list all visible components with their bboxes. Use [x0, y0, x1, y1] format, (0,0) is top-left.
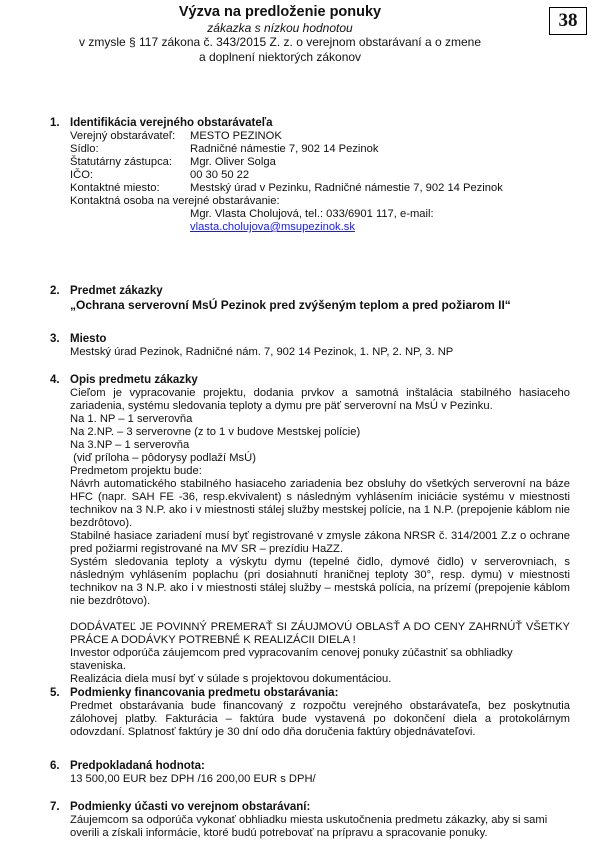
field-label: Kontaktné miesto:	[70, 182, 190, 195]
project-label: Predmetom projektu bude:	[70, 465, 570, 478]
section-title: Identifikácia verejného obstarávateľa	[70, 117, 273, 130]
floor-item: Na 2.NP. – 3 serverovne (z to 1 v budove…	[70, 426, 570, 439]
project-paragraph: Systém sledovania teploty a výskytu dymu…	[70, 556, 570, 608]
section-number: 3.	[50, 333, 70, 346]
contact-person-label: Kontaktná osoba na verejné obstarávanie:	[70, 195, 570, 208]
field-label: Štatutárny zástupca:	[70, 156, 190, 169]
floor-plan-note: (viď príloha – pôdorysy podlaží MsÚ)	[70, 452, 570, 465]
section-identification: 1. Identifikácia verejného obstarávateľa…	[50, 117, 570, 234]
section-title: Podmienky financovania predmetu obstaráv…	[70, 687, 338, 700]
section-financing: 5. Podmienky financovania predmetu obsta…	[50, 687, 570, 739]
document-header: Výzva na predloženie ponuky zákazka s ní…	[0, 4, 600, 65]
contract-subject-title: „Ochrana serverovní MsÚ Pezinok pred zvý…	[70, 298, 570, 313]
section-place: 3. Miesto Mestský úrad Pezinok, Radničné…	[50, 333, 570, 359]
estimated-value-text: 13 500,00 EUR bez DPH /16 200,00 EUR s D…	[70, 773, 570, 786]
section-number: 1.	[50, 117, 70, 130]
section-subject: 2. Predmet zákazky „Ochrana serverovní M…	[50, 285, 570, 313]
field-value: 00 30 50 22	[190, 169, 570, 182]
participation-text: Záujemcom sa odporúča vykonať obhliadku …	[70, 814, 570, 840]
ident-row: Sídlo: Radničné námestie 7, 902 14 Pezin…	[70, 143, 570, 156]
ident-row: Verejný obstarávateľ: MESTO PEZINOK	[70, 130, 570, 143]
field-label: Verejný obstarávateľ:	[70, 130, 190, 143]
supplier-notice: DODÁVATEĽ JE POVINNÝ PREMERAŤ SI ZÁUJMOV…	[70, 621, 570, 647]
place-text: Mestský úrad Pezinok, Radničné nám. 7, 9…	[70, 346, 570, 359]
section-heading: 1. Identifikácia verejného obstarávateľa	[50, 117, 570, 130]
floor-item: Na 1. NP – 1 serverovňa	[70, 413, 570, 426]
field-value: MESTO PEZINOK	[190, 130, 570, 143]
section-number: 2.	[50, 285, 70, 298]
ident-row: IČO: 00 30 50 22	[70, 169, 570, 182]
field-value: Radničné námestie 7, 902 14 Pezinok	[190, 143, 570, 156]
section-title: Predmet zákazky	[70, 285, 163, 298]
financing-text: Predmet obstarávania bude financovaný z …	[70, 700, 570, 739]
section-title: Podmienky účasti vo verejnom obstarávaní…	[70, 801, 310, 814]
project-paragraph: Návrh automatického stabilného hasiaceho…	[70, 478, 570, 530]
field-value: Mestský úrad v Pezinku, Radničné námesti…	[190, 182, 570, 195]
section-number: 6.	[50, 760, 70, 773]
section-title: Predpokladaná hodnota:	[70, 760, 205, 773]
field-value: Mgr. Oliver Solga	[190, 156, 570, 169]
document-title: Výzva na predloženie ponuky	[0, 4, 600, 21]
description-intro: Cieľom je vypracovanie projektu, dodania…	[70, 387, 570, 413]
section-heading: 2. Predmet zákazky	[50, 285, 570, 298]
law-reference-line-2: a doplnení niektorých zákonov	[0, 50, 600, 65]
section-number: 7.	[50, 801, 70, 814]
contact-email-link[interactable]: vlasta.cholujova@msupezinok.sk	[190, 221, 355, 233]
project-paragraph: Stabilné hasiace zariadení musí byť regi…	[70, 530, 570, 556]
document-subtitle: zákazka s nízkou hodnotou	[0, 21, 600, 35]
field-label: Sídlo:	[70, 143, 190, 156]
section-heading: 7. Podmienky účasti vo verejnom obstaráv…	[50, 801, 570, 814]
ident-row: Kontaktné miesto: Mestský úrad v Pezinku…	[70, 182, 570, 195]
section-heading: 5. Podmienky financovania predmetu obsta…	[50, 687, 570, 700]
field-label: IČO:	[70, 169, 190, 182]
section-number: 5.	[50, 687, 70, 700]
section-number: 4.	[50, 374, 70, 387]
section-title: Miesto	[70, 333, 106, 346]
floor-item: Na 3.NP – 1 serverovňa	[70, 439, 570, 452]
section-heading: 6. Predpokladaná hodnota:	[50, 760, 570, 773]
section-estimated-value: 6. Predpokladaná hodnota: 13 500,00 EUR …	[50, 760, 570, 786]
investor-recommendation: Investor odporúča záujemcom pred vypraco…	[70, 647, 570, 673]
realization-note: Realizácia diela musí byť v súlade s pro…	[70, 673, 570, 686]
section-heading: 4. Opis predmetu zákazky	[50, 374, 570, 387]
section-participation: 7. Podmienky účasti vo verejnom obstaráv…	[50, 801, 570, 840]
contact-person: Mgr. Vlasta Cholujová, tel.: 033/6901 11…	[70, 208, 570, 221]
ident-row: Štatutárny zástupca: Mgr. Oliver Solga	[70, 156, 570, 169]
section-description: 4. Opis predmetu zákazky Cieľom je vypra…	[50, 374, 570, 686]
section-title: Opis predmetu zákazky	[70, 374, 198, 387]
section-heading: 3. Miesto	[50, 333, 570, 346]
law-reference-line-1: v zmysle § 117 zákona č. 343/2015 Z. z. …	[0, 35, 600, 50]
